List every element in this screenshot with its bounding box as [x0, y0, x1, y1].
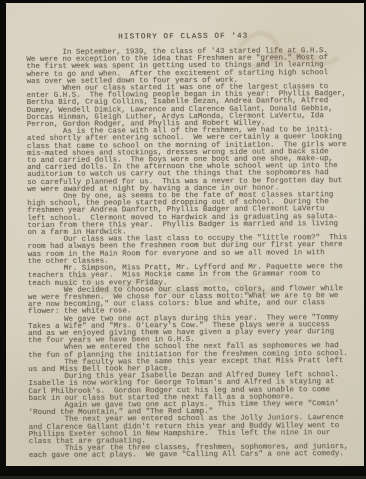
paragraph: This year the three classes, freshmen, s… — [29, 444, 366, 460]
paragraph: Our class was the last class to occupy t… — [27, 235, 366, 266]
paragraph: During this year Isabelle Dezan and Alfr… — [28, 372, 366, 403]
paragraph: The next year we entered school as the J… — [29, 415, 366, 446]
paragraph: Mr. Simpson, Miss Pratt, Mr. Lyfford and… — [28, 264, 366, 288]
document-body: In September, 1939, the class of '43 sta… — [26, 48, 366, 461]
page-title: HISTORY OF CLASS OF '43 — [0, 32, 366, 42]
document-content: HISTORY OF CLASS OF '43 In September, 19… — [0, 0, 366, 461]
scanned-document-page: { "document": { "title": "HISTORY OF CLA… — [0, 0, 366, 479]
paragraph: We decided to choose our class motto, co… — [28, 286, 366, 317]
paragraph: We gave two one act plays during this ye… — [28, 314, 366, 345]
paragraph: In September, 1939, the class of '43 sta… — [26, 48, 366, 86]
paragraph: One by one, as seems to be the fate of m… — [27, 192, 366, 237]
paragraph: As is the case with all of the freshmen,… — [27, 127, 366, 194]
paragraph: When our class started it was one of the… — [27, 84, 366, 129]
